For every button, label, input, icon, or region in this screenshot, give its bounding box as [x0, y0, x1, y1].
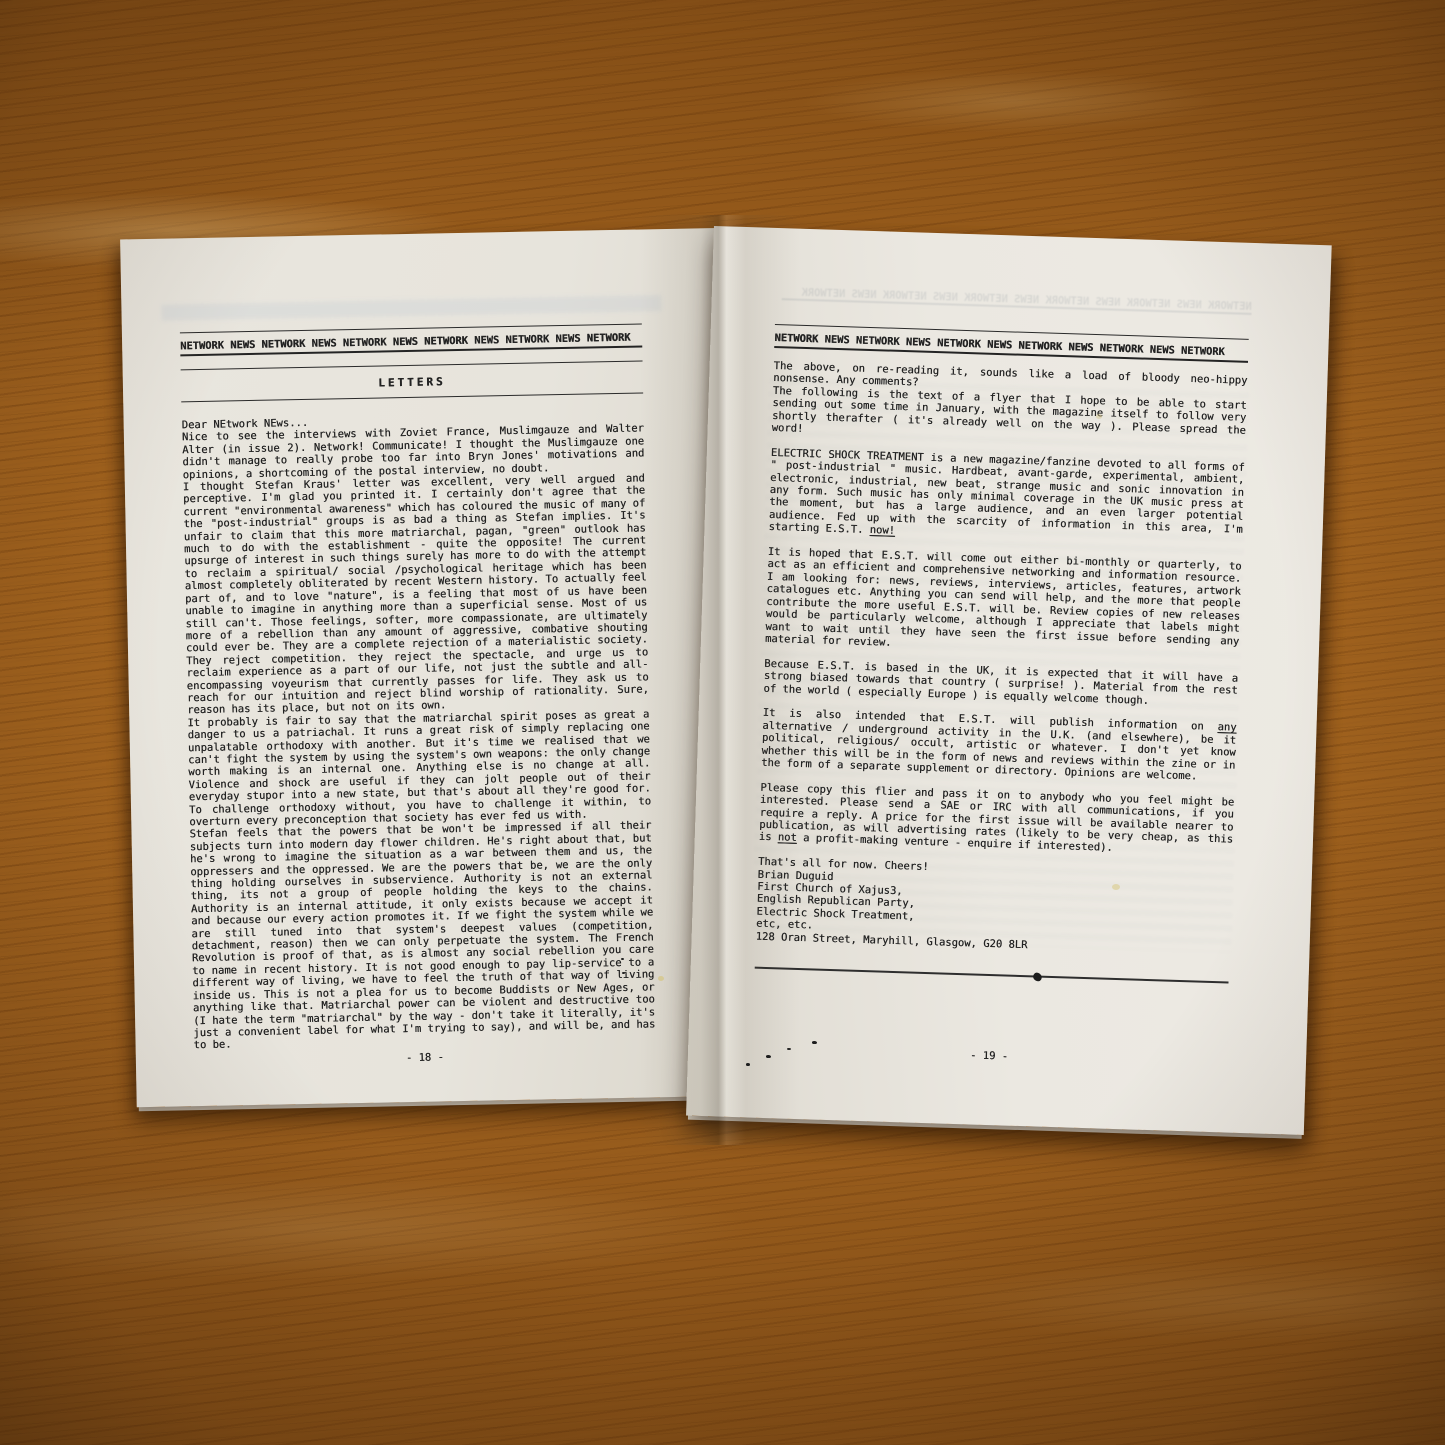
section-rule-top: [181, 360, 643, 370]
paragraph: It is hoped that E.S.T. will come out ei…: [765, 546, 1242, 660]
ink-speck: [812, 1041, 817, 1044]
text-segment: It probably is fair to say that the matr…: [187, 708, 651, 828]
ink-speck: [766, 1055, 771, 1058]
paragraph: It probably is fair to say that the matr…: [187, 708, 651, 829]
masthead-showthrough: NETWORK NEWS NETWORK NEWS NETWORK NEWS N…: [782, 286, 1252, 315]
ink-speck: [787, 1048, 791, 1050]
closing-rule: [755, 967, 1229, 984]
text-segment: ELECTRIC SHOCK TREATMENT is a new magazi…: [768, 447, 1244, 537]
text-segment: The above, on re-reading it, sounds like…: [773, 360, 1248, 389]
text-segment: Nice to see the interviews with Zoviet F…: [182, 423, 645, 481]
ink-speck: [746, 1063, 750, 1066]
paragraph: I thought Stefan Kraus' letter was excel…: [183, 472, 649, 717]
section-title-letters: LETTERS: [181, 371, 643, 393]
ink-speck: [622, 972, 625, 974]
photo-of-open-zine-on-wood-table: NETWORK NEWS NETWORK NEWS NETWORK NEWS N…: [0, 0, 1445, 1445]
letter-body: Dear NEtwork NEws...Nice to see the inte…: [182, 410, 656, 1051]
paragraph: Because E.S.T. is based in the UK, it is…: [763, 658, 1238, 710]
paragraph: Please copy this flier and pass it on to…: [759, 781, 1235, 858]
text-segment: Because E.S.T. is based in the UK, it is…: [763, 658, 1238, 707]
masthead-left: NETWORK NEWS NETWORK NEWS NETWORK NEWS N…: [180, 331, 642, 356]
paragraph: Stefan feels that the powers that be won…: [189, 820, 655, 1052]
page-showthrough-band: [161, 295, 661, 321]
zine-page-19: NETWORK NEWS NETWORK NEWS NETWORK NEWS N…: [686, 226, 1332, 1135]
paragraph: It is also intended that E.S.T. will pub…: [761, 707, 1237, 784]
section-rule-bottom: [181, 392, 643, 402]
underlined-text: not: [778, 832, 797, 845]
underlined-text: any: [1217, 721, 1236, 734]
zine-page-18: NETWORK NEWS NETWORK NEWS NETWORK NEWS N…: [120, 228, 734, 1107]
text-segment: It is hoped that E.S.T. will come out ei…: [765, 546, 1242, 649]
paragraph: Nice to see the interviews with Zoviet F…: [182, 423, 645, 481]
text-segment: Stefan feels that the powers that be won…: [189, 820, 655, 1052]
paragraph: ELECTRIC SHOCK TREATMENT is a new magazi…: [768, 447, 1244, 549]
page-number-19: - 19 -: [752, 1043, 1226, 1070]
flyer-body: The above, on re-reading it, sounds like…: [756, 360, 1248, 958]
underlined-text: now!: [869, 524, 895, 537]
text-segment: I thought Stefan Kraus' letter was excel…: [183, 472, 649, 716]
ink-speck: [621, 958, 624, 960]
